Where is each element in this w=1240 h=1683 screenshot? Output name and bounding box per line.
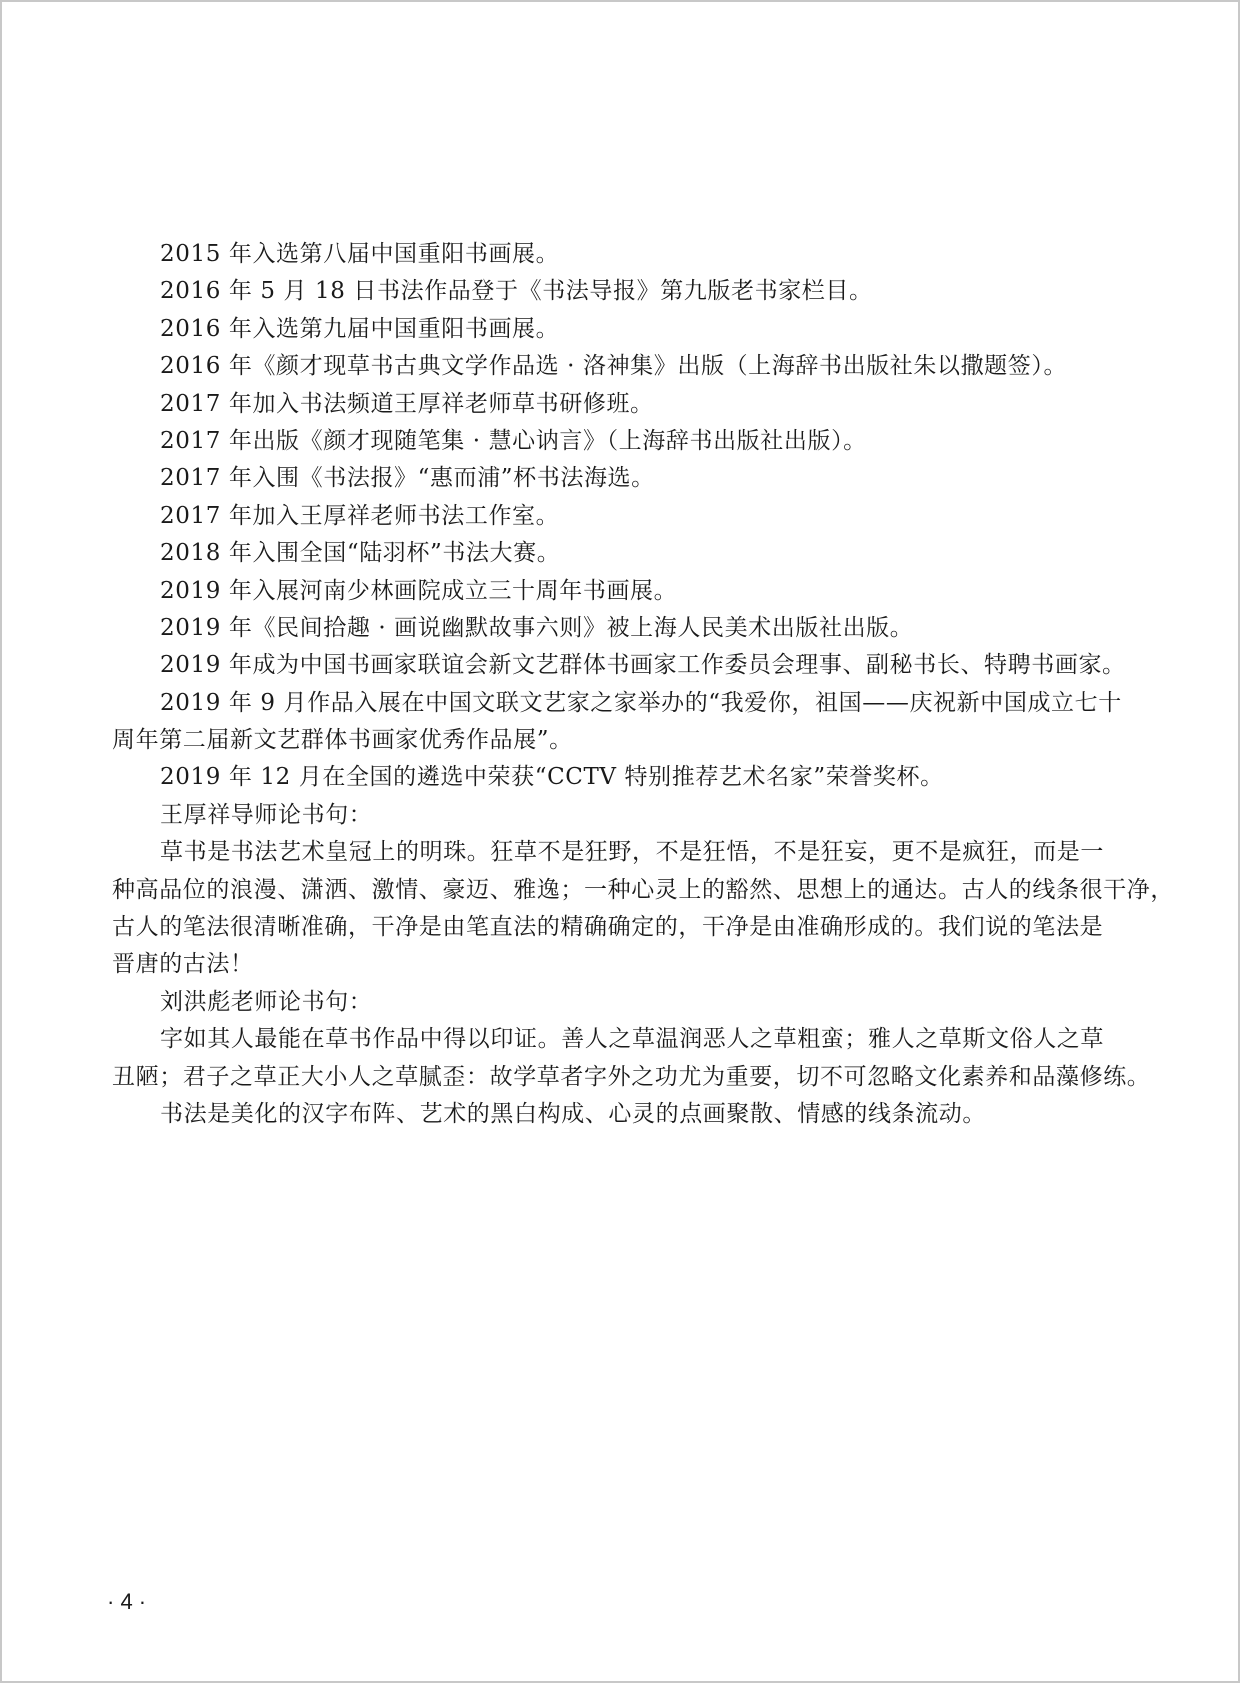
quote-heading-liu: 刘洪彪老师论书句： xyxy=(112,984,1142,1021)
paragraph-line: 种高品位的浪漫、潇洒、激情、豪迈、雅逸；一种心灵上的豁然、思想上的通达。古人的线… xyxy=(112,872,1142,909)
paragraph-line: 2016 年入选第九届中国重阳书画展。 xyxy=(112,311,1142,348)
paragraph-line: 2019 年入展河南少林画院成立三十周年书画展。 xyxy=(112,573,1142,610)
quote-heading-wang: 王厚祥导师论书句： xyxy=(112,797,1142,834)
paragraph-line: 2015 年入选第八届中国重阳书画展。 xyxy=(112,236,1142,273)
paragraph-line: 2018 年入围全国“陆羽杯”书法大赛。 xyxy=(112,535,1142,572)
page-number: · 4 · xyxy=(107,1589,146,1615)
paragraph-line: 丑陋；君子之草正大小人之草腻歪：故学草者字外之功尤为重要，切不可忽略文化素养和品… xyxy=(112,1059,1142,1096)
paragraph-line: 2019 年 12 月在全国的遴选中荣获“CCTV 特别推荐艺术名家”荣誉奖杯。 xyxy=(112,759,1142,796)
paragraph-line: 2016 年《颜才现草书古典文学作品选 · 洛神集》出版（上海辞书出版社朱以撒题… xyxy=(112,348,1142,385)
paragraph-line: 书法是美化的汉字布阵、艺术的黑白构成、心灵的点画聚散、情感的线条流动。 xyxy=(112,1096,1142,1133)
paragraph-line: 周年第二届新文艺群体书画家优秀作品展”。 xyxy=(112,722,1142,759)
paragraph-line: 2019 年 9 月作品入展在中国文联文艺家之家举办的“我爱你，祖国——庆祝新中… xyxy=(112,685,1142,722)
paragraph-line: 2017 年加入书法频道王厚祥老师草书研修班。 xyxy=(112,386,1142,423)
document-page: 2015 年入选第八届中国重阳书画展。 2016 年 5 月 18 日书法作品登… xyxy=(0,0,1240,1683)
paragraph-line: 2019 年《民间拾趣 · 画说幽默故事六则》被上海人民美术出版社出版。 xyxy=(112,610,1142,647)
paragraph-line: 古人的笔法很清晰准确，干净是由笔直法的精确确定的，干净是由准确形成的。我们说的笔… xyxy=(112,909,1142,946)
paragraph-line: 字如其人最能在草书作品中得以印证。善人之草温润恶人之草粗蛮；雅人之草斯文俗人之草 xyxy=(112,1021,1142,1058)
paragraph-line: 2017 年入围《书法报》“惠而浦”杯书法海选。 xyxy=(112,460,1142,497)
paragraph-line: 2016 年 5 月 18 日书法作品登于《书法导报》第九版老书家栏目。 xyxy=(112,273,1142,310)
paragraph-line: 2017 年加入王厚祥老师书法工作室。 xyxy=(112,498,1142,535)
paragraph-line: 2019 年成为中国书画家联谊会新文艺群体书画家工作委员会理事、副秘书长、特聘书… xyxy=(112,647,1142,684)
paragraph-line: 草书是书法艺术皇冠上的明珠。狂草不是狂野，不是狂悟，不是狂妄，更不是疯狂，而是一 xyxy=(112,834,1142,871)
paragraph-line: 晋唐的古法！ xyxy=(112,946,1142,983)
body-text: 2015 年入选第八届中国重阳书画展。 2016 年 5 月 18 日书法作品登… xyxy=(112,236,1142,1133)
paragraph-line: 2017 年出版《颜才现随笔集 · 慧心讷言》（上海辞书出版社出版）。 xyxy=(112,423,1142,460)
